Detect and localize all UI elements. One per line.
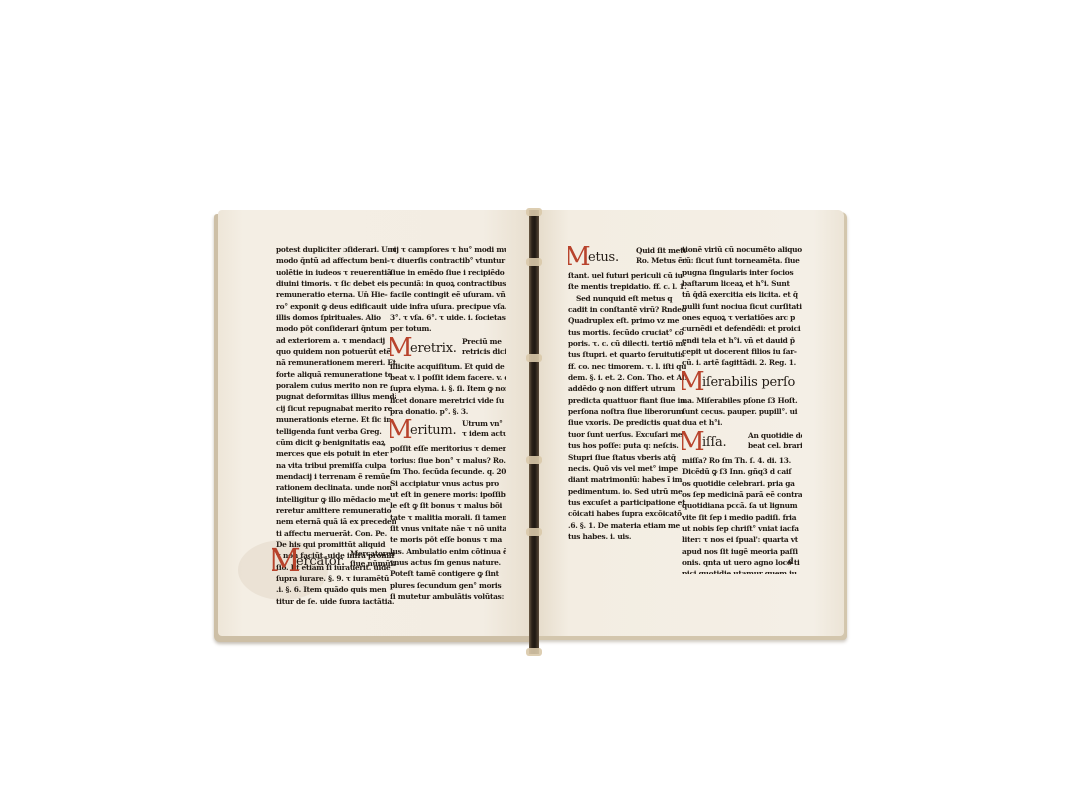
sewing-thread <box>526 208 542 216</box>
left-page-column-2: rij τ campſores τ hu° modi multis τ diue… <box>390 244 506 604</box>
text-line: ſupra elyma. i. §. ſi. Item ꝙ non <box>390 383 506 394</box>
text-line: uide infra uſura. precipue vſa. <box>390 301 506 312</box>
text-line: cij ſicut repugnabat merito re <box>276 403 396 414</box>
text-line: ff. co. nec timorem. τ. l. iſti qui <box>568 361 686 372</box>
text-line: na vita tribui premiſſa culpa <box>276 460 396 471</box>
text-line: necis. Quõ vis vel met° impe <box>568 463 686 474</box>
entry-headword: ercator. <box>296 554 345 570</box>
text-line: Poteſt tamẽ contigere ꝙ ſint <box>390 568 506 579</box>
text-line: dem. §. i. et. 2. Con. Tho. et Al. <box>568 372 686 383</box>
entry-meritum: M eritum. Utrum vn° τ idem actus <box>390 419 506 443</box>
text-line: cũm dicit ꝙ benignitatis eaꝝ <box>276 437 396 448</box>
text-line: quo quidem non potuerũt etẽ <box>276 346 396 357</box>
text-line: ſm Tho. ſecũda ſecunde. q. 20. <box>390 466 506 477</box>
text-line: 3°. τ vſa. 6°. τ uide. i. ſocietas. <box>390 312 506 323</box>
text-line: tate τ malitia morali. ſi tamen <box>390 512 506 523</box>
text-line: pedimentum. io. Sed utrũ me <box>568 486 686 497</box>
text-line: τ diuerſis contractib° vtuntur <box>390 255 506 266</box>
text-line: diuini timoris. τ ſic debet eis <box>276 278 396 289</box>
text-line: beat v. l poſſit idem facere. v. d <box>390 372 506 383</box>
text-line: remuneratio eterna. Un̄ Hie‑ <box>276 289 396 300</box>
text-line: le eſt ꝙ ſit bonus τ malus bõi <box>390 500 506 511</box>
text-line: tionẽ viriũ cũ nocumẽto aliquo <box>682 244 802 255</box>
right-page-column-2: tionẽ viriũ cũ nocumẽto aliquo rũ: ſicut… <box>682 244 802 574</box>
text-line: vnus actus ſm genus nature. <box>390 557 506 568</box>
text-line: perſona noſtra ſiue liberorum <box>568 406 686 417</box>
sewing-thread <box>526 648 542 656</box>
text-line: plures ſecundum gen° moris <box>390 580 506 591</box>
text-line: vite ſit ſep i medio padiſi. fria <box>682 512 802 523</box>
text-line: tus excuſet a participatione et <box>568 497 686 508</box>
entry-headword: etus. <box>588 250 619 266</box>
text-line: torius: ſiue bon° τ malus? Ro. <box>390 455 506 466</box>
text-line: ti affectu meruerãt. Con. Pe. <box>276 528 396 539</box>
text-line: liter: τ nos ei ſpual': quarta vt <box>682 534 802 545</box>
text-line: ſunt cecus. pauper. pupill°. ui <box>682 406 802 417</box>
text-line: nem eternã quã iã ex preceden <box>276 516 396 527</box>
text-line: pugna ſingularis inter ſocios <box>682 267 802 278</box>
entry-headword: eretrix. <box>410 341 457 357</box>
text-line: tus hos poſſe: puta q: neſcis. <box>568 440 686 451</box>
text-line: curnẽdi et defendẽdi: et proici <box>682 323 802 334</box>
text-line: intelligitur ꝙ illo mẽdacio me <box>276 494 396 505</box>
entry-headword: eritum. <box>410 423 456 439</box>
text-line: ſi mutetur ambulãtis volũtas: <box>390 591 506 602</box>
text-line: tus ſtupri. et quarto ſeruitutis <box>568 349 686 360</box>
text-line: poralem cuius merito non re <box>276 380 396 391</box>
entry-headword: iſſa. <box>702 435 726 451</box>
open-book: potest dupliciter ɔſiderari. Uno modo q̄… <box>0 0 1067 800</box>
text-line: ad exteriorem a. τ mendacij <box>276 335 396 346</box>
text-line: ones equoꝝ τ veriatiões arc p <box>682 312 802 323</box>
text-line: ut eſt in genere moris: ipoſſibi <box>390 489 506 500</box>
text-line: ſte mentis trepidatio. ff. c. l. 1. <box>568 281 686 292</box>
entry-mercator: M ercator. Mercatores ſiue nũmũla <box>272 544 396 578</box>
text-line: nã remunerationem mereri. Et <box>276 357 396 368</box>
entry-headword: iſerabilis perſo <box>702 375 795 391</box>
text-line: Dicẽdũ ꝙ ſ3 Inn. gñq3 d caiſ <box>682 466 802 477</box>
entry-opening-text: Preciũ me retricis dicit <box>462 337 506 357</box>
entry-opening-text: Quid ſit metus Ro. Metus ẽ in <box>636 246 686 266</box>
text-line: rij τ campſores τ hu° modi multis <box>390 244 506 255</box>
text-line: poſſit eſſe meritorius τ demeri <box>390 443 506 454</box>
book-spine-gutter <box>529 210 539 654</box>
text-line: potest dupliciter ɔſiderari. Uno <box>276 244 396 255</box>
sewing-thread <box>526 258 542 266</box>
text-line: ſit vnus vnitate nãe τ nõ unita <box>390 523 506 534</box>
text-line: tuor ſunt uerſus. Excuſari me <box>568 429 686 440</box>
text-line: forte aliquã remuneratione te <box>276 369 396 380</box>
text-line: uolẽtie in iudeos τ reuerentiã <box>276 267 396 278</box>
text-line: reretur amittere remuneratio <box>276 505 396 516</box>
text-line: rationem declinata. unde non <box>276 482 396 493</box>
text-line: .6. §. 1. De materia etiam me <box>568 520 686 531</box>
text-line: os ſep medicinã parã eẽ contra <box>682 489 802 500</box>
text-line: tñ q̄dã exercitia eis licita. et q̄ <box>682 289 802 300</box>
text-line: munerationis eterne. Et ſic in <box>276 414 396 425</box>
text-line: nulli ſunt nociua ſicut curſitati <box>682 301 802 312</box>
text-line: licet donare meretrici vide ſu <box>390 395 506 406</box>
text-line: modo q̄ntũ ad affectum beni‑ <box>276 255 396 266</box>
text-line: baſtarum liceaꝝ et h°i. Sunt <box>682 278 802 289</box>
text-line: telligenda ſunt verba Greg. <box>276 426 396 437</box>
entry-opening-text: An quotidie de beat cel. brari <box>748 431 802 451</box>
left-page: potest dupliciter ɔſiderari. Uno modo q̄… <box>218 210 530 636</box>
text-line: cadit in conſtantẽ virũ? Rndeo. <box>568 304 686 315</box>
text-line: rũ: ſicut ſunt torneamẽta. ſiue <box>682 255 802 266</box>
text-line: poris. τ. c. cũ dilecti. tertiõ me <box>568 338 686 349</box>
text-line: Sed nunquid eſt metus q <box>568 293 686 304</box>
text-line: titur de ſe. uide ſupra iactãtia. <box>276 596 396 604</box>
sewing-thread <box>526 354 542 362</box>
text-line: tus mortis. ſecũdo cruciat° cõ <box>568 327 686 338</box>
rubricated-initial: M <box>568 542 590 544</box>
text-line: diant matrimoniũ: habes ĩ im <box>568 474 686 485</box>
text-line: predicta quattuor fiant ſiue in <box>568 395 686 406</box>
entry-missa: M iſſa. An quotidie de beat cel. brari <box>682 431 802 455</box>
text-line: apud nos ſit iugẽ meoria paſſi <box>682 546 802 557</box>
entry-meretrix: M eretrix. Preciũ me retricis dicit <box>390 337 506 361</box>
text-line: endi tela et h°i. vñ et dauid p̄ <box>682 335 802 346</box>
text-line: ro° exponit ꝙ deus edificauit <box>276 301 396 312</box>
entry-metus: M etus. Quid ſit metus Ro. Metus ẽ in <box>568 246 686 270</box>
sewing-thread <box>526 528 542 536</box>
text-line: .i. §. 6. Item quãdo quis men <box>276 584 396 595</box>
text-line: mendacij i terrenam ẽ remũe <box>276 471 396 482</box>
text-line: cõicati habes ſupra excõicatõ <box>568 508 686 519</box>
text-line: onis. qnta ut uero agno loco ti <box>682 557 802 568</box>
text-line: Quadruplex eſt. primo vz me <box>568 315 686 326</box>
text-line: quotidiana pccã. ſa ut lignum <box>682 500 802 511</box>
text-line: pecuniã: in quoꝝ contractibus <box>390 278 506 289</box>
text-line: pugnat deformitas illius mendã <box>276 391 396 402</box>
text-line: ut nobis ſep chriſt° vniat iacfa <box>682 523 802 534</box>
text-line: lus. Ambulatio enim cõtinua ẽ <box>390 546 506 557</box>
right-page-column-1: M etus. Quid ſit metus Ro. Metus ẽ in ſt… <box>568 244 686 544</box>
right-page: M etus. Quid ſit metus Ro. Metus ẽ in ſt… <box>538 210 844 636</box>
text-line: te moris pōt eſſe bonus τ ma <box>390 534 506 545</box>
text-line: os quotidie celebrari. pria ga <box>682 478 802 489</box>
text-line: merces que eis potuit in eter <box>276 448 396 459</box>
text-line: addẽdo ꝙ non differt utrum <box>568 383 686 394</box>
text-line: cepit ut docerent filios iu ſar‑ <box>682 346 802 357</box>
sewing-thread <box>526 456 542 464</box>
text-line: modo pōt conſiderari q̄ntum <box>276 323 396 334</box>
text-line: ſiue vxoris. De predictis quat <box>568 417 686 428</box>
text-line: Stupri ſiue ſtatus vberis atq̄ <box>568 452 686 463</box>
text-line: pici quotidie utamur quem ju <box>682 568 802 574</box>
signature-mark: d <box>788 556 794 566</box>
entry-miserabilis-persona: M iſerabilis perſo <box>682 371 802 395</box>
text-line: ſiue in emẽdo ſiue i recipiẽdo <box>390 267 506 278</box>
text-line: que eſt principiũ moralium ac <box>390 602 506 604</box>
entry-opening-text: Utrum vn° τ idem actus <box>462 419 506 439</box>
text-line: facile contingit eẽ uſuram. vñ <box>390 289 506 300</box>
text-line: illis domos ſpirituales. Alio <box>276 312 396 323</box>
text-line: Si accipiatur vnus actus pro <box>390 478 506 489</box>
